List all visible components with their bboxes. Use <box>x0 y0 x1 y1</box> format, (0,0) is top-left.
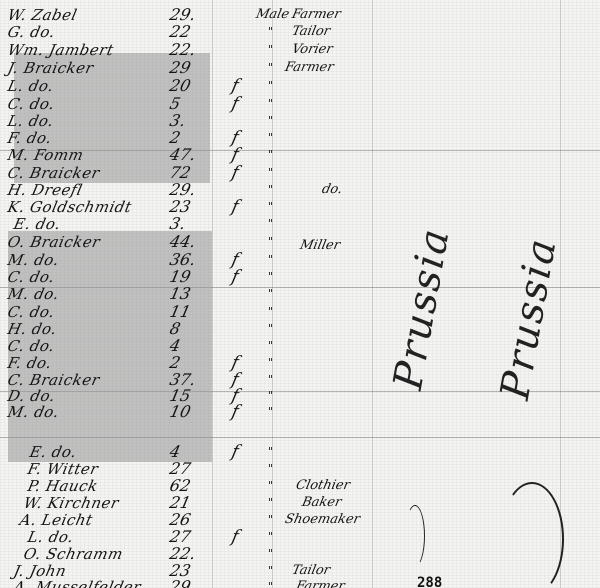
vertical-script-1: Prussia <box>385 224 459 393</box>
sex-cell: f <box>230 528 250 546</box>
age-cell: 29 <box>168 578 212 588</box>
column-rule <box>560 0 561 588</box>
ditto-mark: " <box>268 320 276 338</box>
age-cell: 3. <box>168 215 212 233</box>
ditto-mark: " <box>268 41 276 59</box>
ditto-mark: " <box>268 337 276 355</box>
ditto-mark: " <box>268 403 276 421</box>
table-row: M. do. 10 f " <box>0 403 380 421</box>
vertical-script-2: Prussia <box>492 234 566 403</box>
occupation-cell: Farmer <box>294 578 388 588</box>
ditto-mark: " <box>268 511 276 529</box>
ditto-mark: " <box>268 578 276 588</box>
age-cell: 29 <box>168 59 212 77</box>
table-row: E. do. 3. " <box>0 215 380 233</box>
occupation-cell: Vorier <box>290 41 384 59</box>
table-row: G. do. 22 " Tailor <box>0 23 380 41</box>
ditto-mark: " <box>268 494 276 512</box>
ditto-mark: " <box>268 443 276 461</box>
ditto-mark: " <box>268 95 276 113</box>
script-flourish <box>405 505 425 567</box>
ditto-mark: " <box>268 164 276 182</box>
age-cell: 47. <box>168 146 212 164</box>
table-row: A. Musselfelder 29 " Farmer <box>0 578 380 588</box>
ditto-mark: " <box>268 285 276 303</box>
ditto-mark: " <box>268 460 276 478</box>
table-row: C. do. 4 " <box>0 337 380 355</box>
occupation-cell: Farmer <box>283 59 377 77</box>
age-cell: 22. <box>168 41 212 59</box>
ditto-mark: " <box>268 181 276 199</box>
document-page: W. Zabel 29. Male Farmer G. do. 22 " Tai… <box>0 0 600 588</box>
ditto-mark: " <box>268 268 276 286</box>
ditto-mark: " <box>268 129 276 147</box>
table-row: J. Braicker 29 " Farmer <box>0 59 380 77</box>
occupation-cell: Clothier <box>294 477 388 495</box>
sex-cell: f <box>230 268 250 286</box>
ditto-mark: " <box>268 354 276 372</box>
sex-cell: f <box>230 164 250 182</box>
occupation-cell: do. <box>320 181 414 199</box>
sex-cell: f <box>230 95 250 113</box>
ditto-mark: " <box>268 545 276 563</box>
age-cell: 10 <box>168 403 212 421</box>
sex-cell: f <box>230 443 250 461</box>
table-row: L. do. 3. " <box>0 112 380 130</box>
table-row: Wm. Jambert 22. " Vorier <box>0 41 380 59</box>
occupation-cell: Shoemaker <box>283 511 377 529</box>
sex-cell: f <box>230 403 250 421</box>
table-row: K. Goldschmidt 23 f " <box>0 198 380 216</box>
sex-cell: Male <box>254 6 274 24</box>
ditto-mark: " <box>268 477 276 495</box>
table-row: M. do. 13 " <box>0 285 380 303</box>
occupation-cell: Baker <box>300 494 394 512</box>
ditto-mark: " <box>268 215 276 233</box>
age-cell: 13 <box>168 285 212 303</box>
ditto-mark: " <box>268 146 276 164</box>
age-cell: 20 <box>168 77 212 95</box>
script-flourish <box>500 482 564 588</box>
table-row: O. Braicker 44. " Miller <box>0 233 380 251</box>
page-number: 288 <box>417 575 442 588</box>
ditto-mark: " <box>268 198 276 216</box>
ditto-mark: " <box>268 23 276 41</box>
occupation-cell: Farmer <box>290 6 384 24</box>
ditto-mark: " <box>268 112 276 130</box>
table-row: C. do. 5 f " <box>0 95 380 113</box>
ditto-mark: " <box>268 77 276 95</box>
sex-cell: f <box>230 198 250 216</box>
sex-cell: f <box>230 77 250 95</box>
age-cell: 44. <box>168 233 212 251</box>
table-row: H. do. 8 " <box>0 320 380 338</box>
ditto-mark: " <box>268 303 276 321</box>
ditto-mark: " <box>268 233 276 251</box>
sex-cell: f <box>230 146 250 164</box>
ditto-mark: " <box>268 251 276 269</box>
table-row: L. do. 20 f " <box>0 77 380 95</box>
age-cell: 22 <box>168 23 212 41</box>
occupation-cell: Tailor <box>290 23 384 41</box>
ditto-mark: " <box>268 528 276 546</box>
table-row: M. Fomm 47. f " <box>0 146 380 164</box>
ditto-mark: " <box>268 59 276 77</box>
table-row: C. do. 11 " <box>0 303 380 321</box>
